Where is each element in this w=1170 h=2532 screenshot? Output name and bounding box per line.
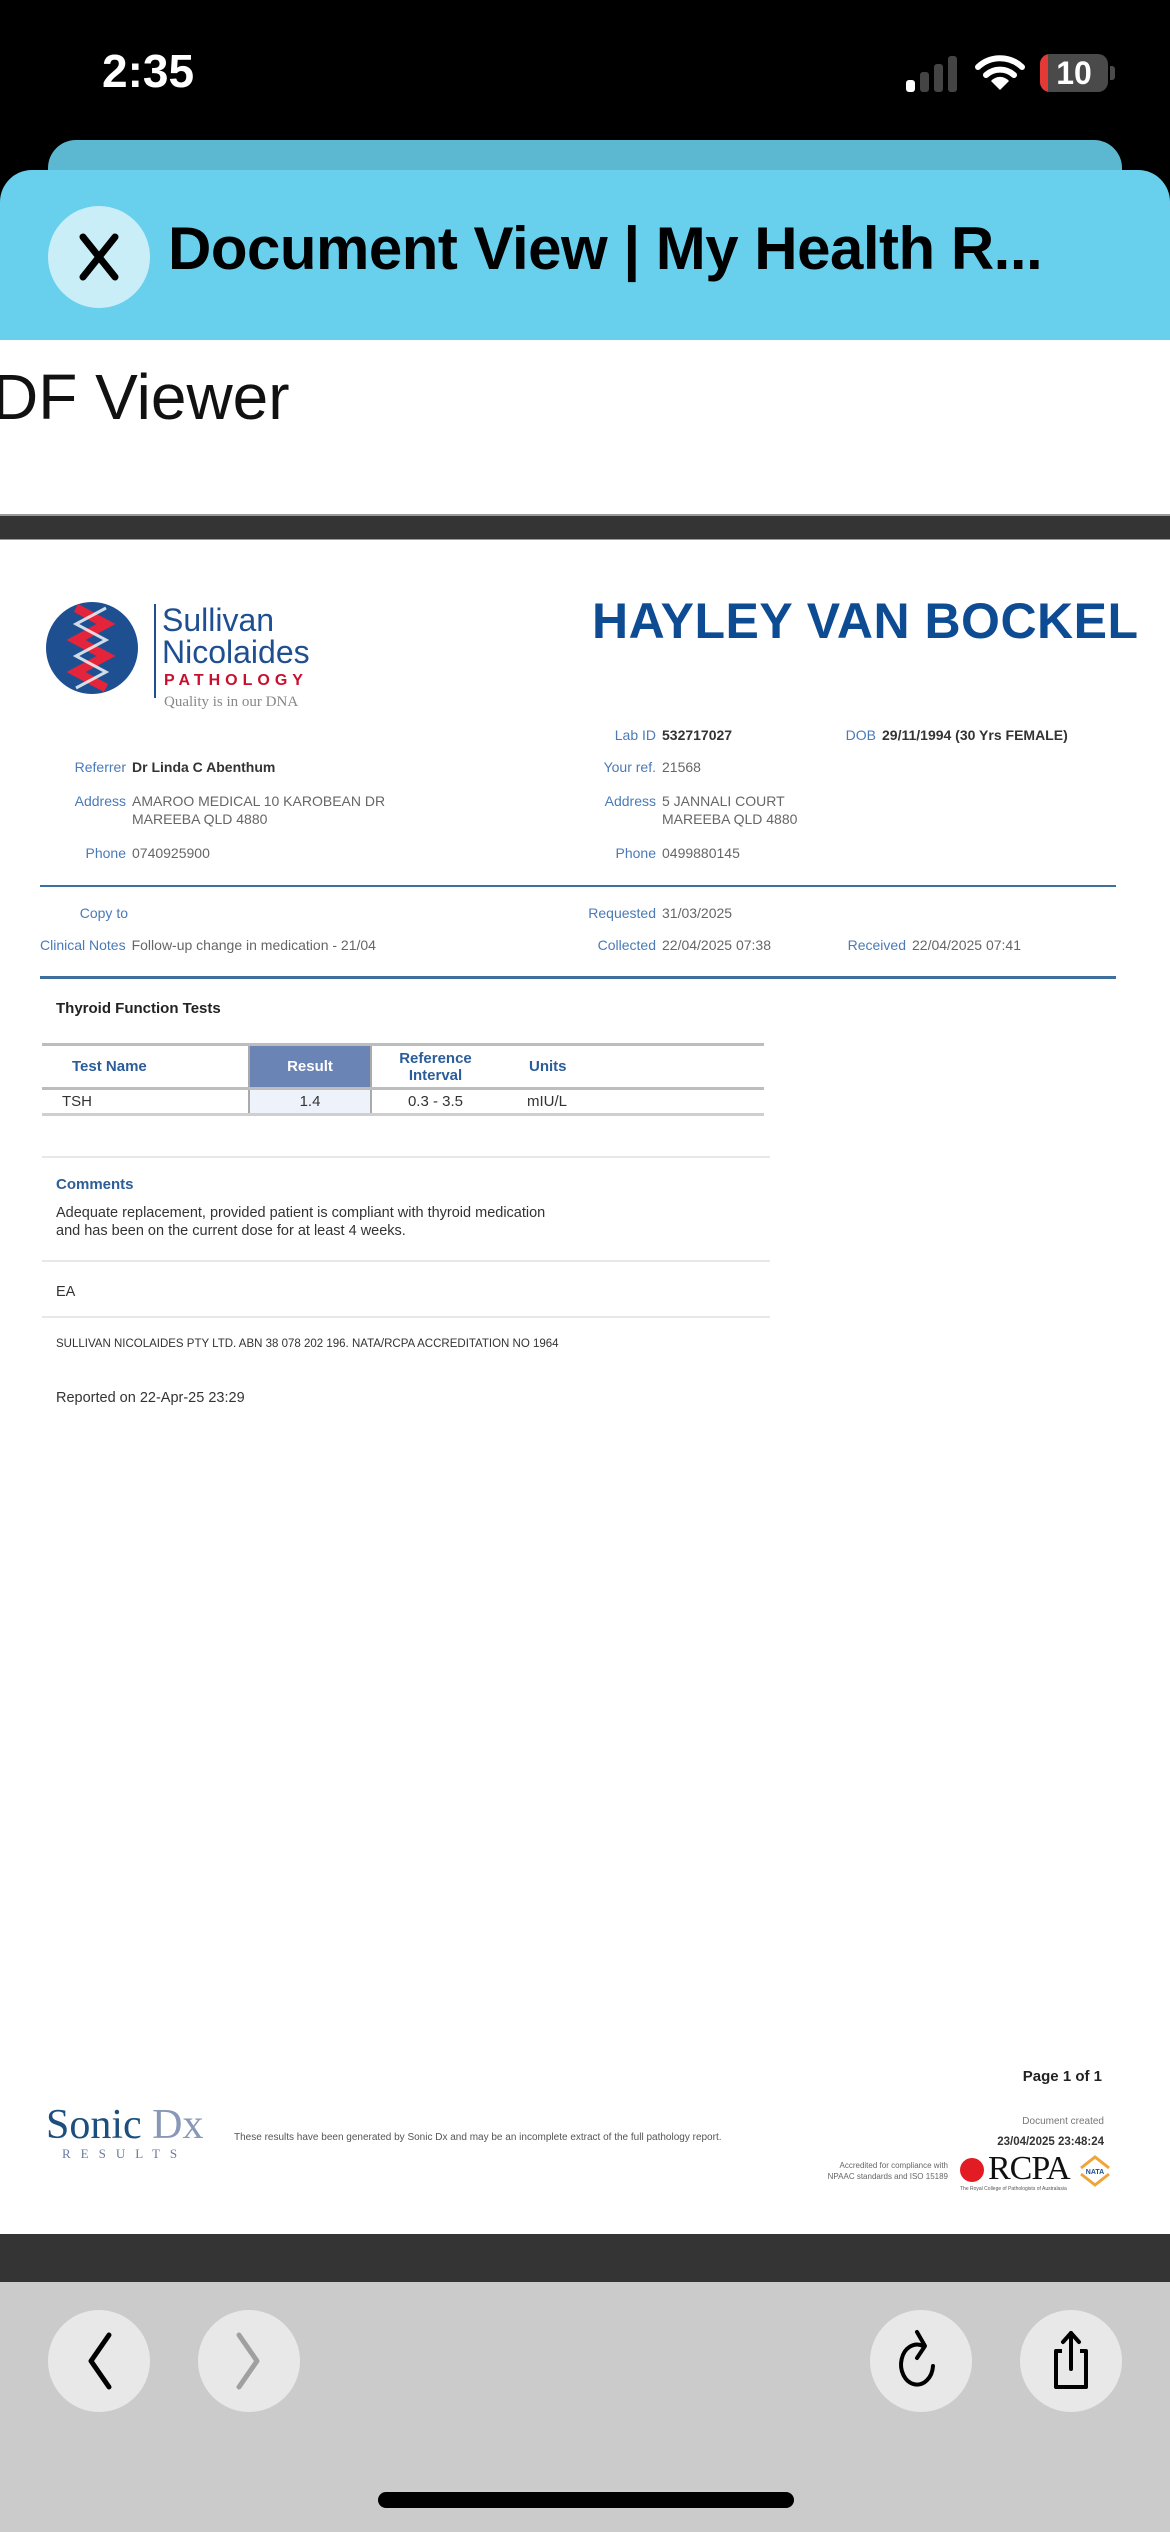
yourref-label: Your ref. [560, 758, 656, 776]
referrer-phone-label: Phone [40, 844, 126, 862]
patient-address-field: Address5 JANNALI COURTMAREEBA QLD 4880 [560, 792, 797, 828]
referrer-address-label: Address [40, 792, 126, 810]
share-button[interactable] [1020, 2310, 1122, 2412]
nata-logo-icon: NATA [1078, 2154, 1112, 2188]
dob-field: DOB29/11/1994 (30 Yrs FEMALE) [816, 726, 1068, 744]
divider [42, 1156, 770, 1158]
dob-label: DOB [816, 726, 876, 744]
cell-test-name: TSH [42, 1089, 249, 1115]
referrer-value: Dr Linda C Abenthum [132, 758, 275, 776]
col-reference-interval: ReferenceInterval [371, 1045, 499, 1089]
referrer-phone-value: 0740925900 [132, 844, 210, 862]
labid-label: Lab ID [560, 726, 656, 744]
referrer-address-line1: AMAROO MEDICAL 10 KAROBEAN DR [132, 793, 385, 809]
lab-name: Sullivan Nicolaides [162, 604, 310, 668]
referrer-address-value: AMAROO MEDICAL 10 KAROBEAN DRMAREEBA QLD… [132, 792, 385, 828]
pdf-viewer-title: DF Viewer [0, 360, 290, 434]
accreditation-note-line2: NPAAC standards and ISO 15189 [818, 2171, 948, 2182]
copyto-field: Copy to [40, 904, 134, 922]
lab-name-line1: Sullivan [162, 604, 310, 636]
pathologist-initials: EA [56, 1284, 75, 1300]
comments-line2: and has been on the current dose for at … [56, 1222, 696, 1240]
patient-phone-field: Phone0499880145 [560, 844, 740, 862]
accreditation-note-line1: Accredited for compliance with [818, 2160, 948, 2171]
lab-division: PATHOLOGY [164, 672, 308, 690]
clinical-notes-label: Clinical Notes [40, 936, 126, 954]
forward-button[interactable] [198, 2310, 300, 2412]
table-row: TSH 1.4 0.3 - 3.5 mIU/L [42, 1089, 764, 1115]
svg-text:NATA: NATA [1086, 2169, 1104, 2176]
patient-phone-label: Phone [560, 844, 656, 862]
referrer-field: ReferrerDr Linda C Abenthum [40, 758, 275, 776]
col-reference-line1: Reference [399, 1050, 472, 1067]
cellular-signal-icon [906, 56, 960, 92]
results-header-row: Test Name Result ReferenceInterval Units [42, 1045, 764, 1089]
labid-field: Lab ID532717027 [560, 726, 732, 744]
reload-button[interactable] [870, 2310, 972, 2412]
close-button[interactable] [48, 206, 150, 308]
referrer-address-field: AddressAMAROO MEDICAL 10 KAROBEAN DRMARE… [40, 792, 385, 828]
share-icon [1046, 2329, 1096, 2393]
logo-divider [154, 604, 156, 698]
section-divider-thick [40, 976, 1116, 979]
section-title: Thyroid Function Tests [56, 1000, 221, 1017]
results-table: Test Name Result ReferenceInterval Units… [42, 1043, 764, 1116]
pdf-viewer-top-border [0, 514, 1170, 540]
reported-on: Reported on 22-Apr-25 23:29 [56, 1390, 245, 1406]
col-result: Result [249, 1045, 371, 1089]
lab-logo: Sullivan Nicolaides PATHOLOGY Quality is… [46, 602, 316, 722]
section-divider [40, 885, 1116, 887]
back-button[interactable] [48, 2310, 150, 2412]
rcpa-subtitle: The Royal College of Pathologists of Aus… [960, 2186, 1067, 2192]
wifi-icon [975, 54, 1025, 92]
patient-name: HAYLEY VAN BOCKEL [592, 592, 1139, 650]
sonic-results: RESULTS [62, 2146, 204, 2162]
patient-phone-value: 0499880145 [662, 844, 740, 862]
accreditation-line: SULLIVAN NICOLAIDES PTY LTD. ABN 38 078 … [56, 1338, 559, 1350]
chevron-left-icon [79, 2329, 119, 2393]
accreditation-note: Accredited for compliance with NPAAC sta… [818, 2160, 948, 2182]
status-time: 2:35 [102, 44, 194, 98]
battery-tip [1110, 66, 1115, 80]
patient-address-line2: MAREEBA QLD 4880 [662, 811, 797, 827]
home-indicator[interactable] [378, 2492, 794, 2508]
cell-reference: 0.3 - 3.5 [371, 1089, 499, 1115]
col-units: Units [499, 1045, 764, 1089]
status-bar: 2:35 10 [0, 0, 1170, 140]
requested-field: Requested31/03/2025 [560, 904, 732, 922]
comments-title: Comments [56, 1176, 134, 1193]
page-indicator: Page 1 of 1 [1023, 2068, 1102, 2085]
rcpa-emblem-icon [960, 2158, 984, 2182]
requested-label: Requested [560, 904, 656, 922]
document-created-value: 23/04/2025 23:48:24 [997, 2136, 1104, 2148]
battery-icon: 10 [1040, 54, 1108, 92]
sonic-dx-wordmark: Sonic Dx [46, 2104, 204, 2146]
pdf-page[interactable]: Sullivan Nicolaides PATHOLOGY Quality is… [0, 540, 1170, 2234]
divider [42, 1260, 770, 1262]
collected-field: Collected22/04/2025 07:38 [560, 936, 771, 954]
comments-text: Adequate replacement, provided patient i… [56, 1204, 696, 1240]
col-reference-line2: Interval [409, 1067, 462, 1084]
reload-icon [891, 2328, 951, 2394]
received-field: Received22/04/2025 07:41 [820, 936, 1021, 954]
lab-name-line2: Nicolaides [162, 636, 310, 668]
close-icon [71, 229, 127, 285]
sonic-dx-logo: Sonic Dx RESULTS [46, 2104, 204, 2162]
col-test-name: Test Name [42, 1045, 249, 1089]
battery-level: 10 [1040, 55, 1108, 92]
rcpa-text: RCPA [988, 2150, 1070, 2188]
sheet-title: Document View | My Health R... [168, 214, 1042, 283]
cell-units: mIU/L [499, 1089, 764, 1115]
received-label: Received [820, 936, 906, 954]
yourref-value: 21568 [662, 758, 701, 776]
browser-toolbar [0, 2282, 1170, 2532]
chevron-right-icon [229, 2329, 269, 2393]
pdf-viewer-bottom-border [0, 2234, 1170, 2282]
labid-value: 532717027 [662, 726, 732, 744]
dob-value: 29/11/1994 (30 Yrs FEMALE) [882, 726, 1068, 744]
clinical-notes-value: Follow-up change in medication - 21/04 [132, 936, 376, 954]
received-value: 22/04/2025 07:41 [912, 936, 1021, 954]
referrer-address-line2: MAREEBA QLD 4880 [132, 811, 267, 827]
divider [42, 1316, 770, 1318]
yourref-field: Your ref.21568 [560, 758, 701, 776]
comments-line1: Adequate replacement, provided patient i… [56, 1204, 696, 1222]
referrer-label: Referrer [40, 758, 126, 776]
patient-address-value: 5 JANNALI COURTMAREEBA QLD 4880 [662, 792, 797, 828]
collected-label: Collected [560, 936, 656, 954]
disclaimer: These results have been generated by Son… [234, 2132, 722, 2143]
patient-address-label: Address [560, 792, 656, 810]
cell-result: 1.4 [249, 1089, 371, 1115]
web-content: DF Viewer Sullivan Nicolaides PATHOLOGY … [0, 340, 1170, 2282]
dna-logo-icon [46, 602, 138, 694]
collected-value: 22/04/2025 07:38 [662, 936, 771, 954]
copyto-label: Copy to [40, 904, 128, 922]
referrer-phone-field: Phone0740925900 [40, 844, 210, 862]
patient-address-line1: 5 JANNALI COURT [662, 793, 785, 809]
requested-value: 31/03/2025 [662, 904, 732, 922]
document-created-label: Document created [1022, 2116, 1104, 2127]
sonic-dx: Dx [152, 2102, 203, 2148]
sonic-word: Sonic [46, 2102, 142, 2148]
lab-tagline: Quality is in our DNA [164, 694, 298, 711]
clinical-notes-field: Clinical NotesFollow-up change in medica… [40, 936, 376, 954]
sheet-header: Document View | My Health R... [0, 170, 1170, 340]
